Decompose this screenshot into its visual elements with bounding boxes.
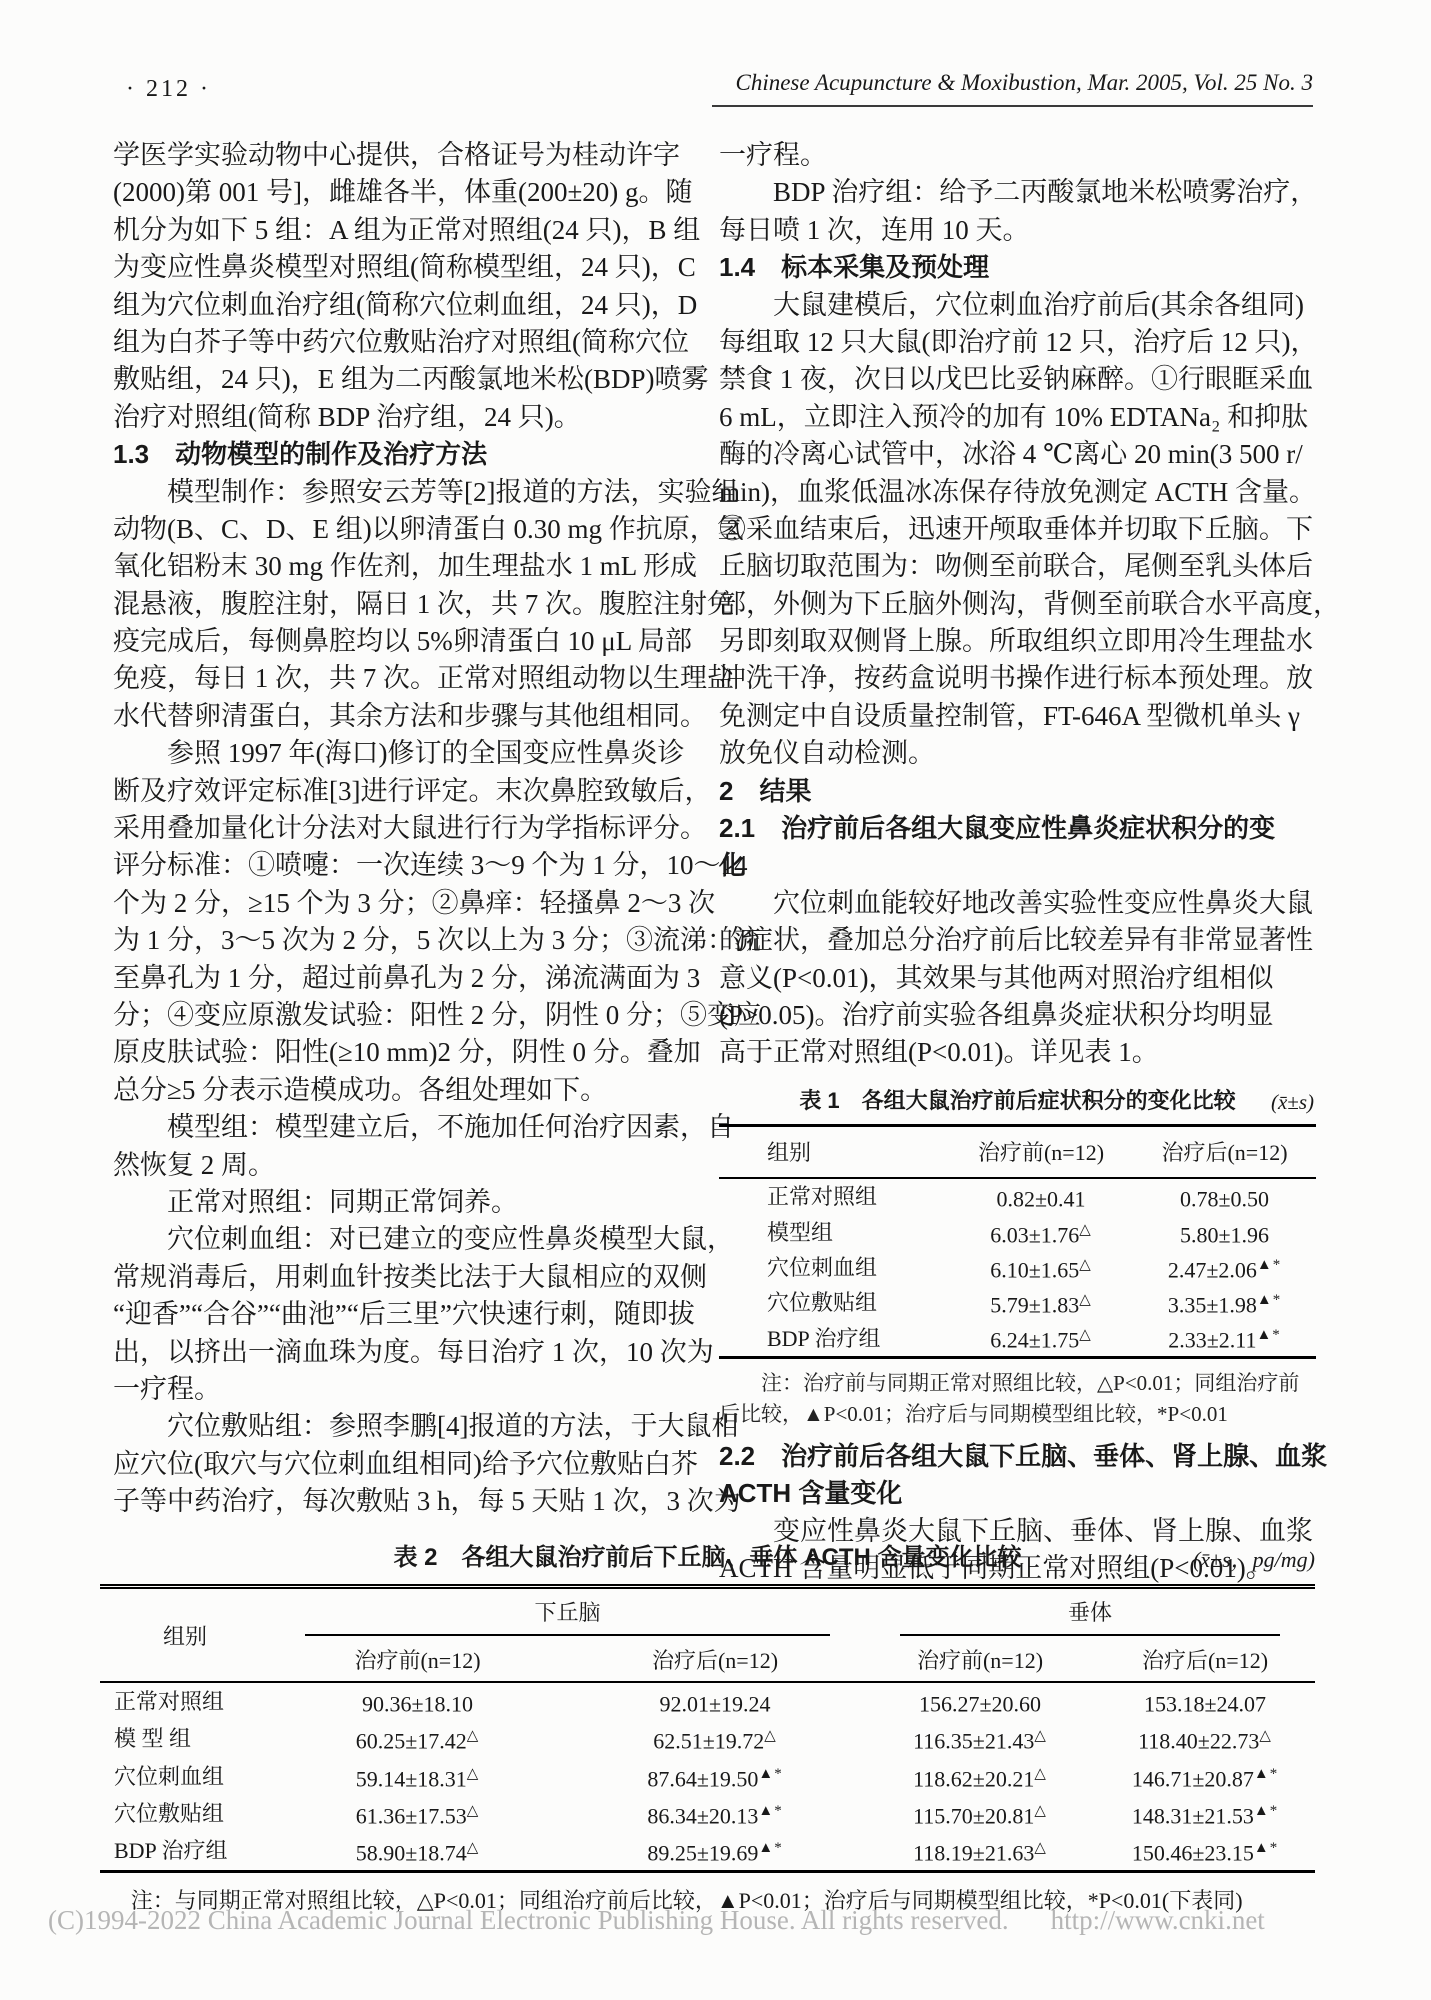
table2-header-group: 组别 <box>100 1587 270 1683</box>
text-line: ACTH 含量变化 <box>719 1475 1316 1512</box>
table1-symptom-scores: 组别 治疗前(n=12) 治疗后(n=12) 正常对照组 0.82±0.41 0… <box>719 1124 1316 1359</box>
right-column: 一疗程。 BDP 治疗组：给予二丙酸氯地米松喷雾治疗， 每日喷 1 次，连用 1… <box>719 137 1316 1587</box>
text-line: 放免仪自动检测。 <box>719 735 1316 772</box>
significance-mark: △ <box>1034 1840 1047 1856</box>
text-line: 免疫，每日 1 次，共 7 次。正常对照组动物以生理盐 <box>113 660 691 697</box>
table1-row: 正常对照组 0.82±0.41 0.78±0.50 <box>719 1178 1316 1214</box>
table2-header-h-pre: 治疗前(n=12) <box>270 1637 565 1682</box>
table1-cell-pre: 6.10±1.65△ <box>949 1250 1133 1285</box>
text-line: 治疗对照组(简称 BDP 治疗组，24 只)。 <box>113 399 691 436</box>
text-line: 1.3 动物模型的制作及治疗方法 <box>113 436 691 473</box>
table2-cell-p-pre: 118.62±20.21△ <box>865 1758 1095 1795</box>
table2-header-p-pre: 治疗前(n=12) <box>865 1637 1095 1682</box>
table2-cell-p-post: 146.71±20.87▲* <box>1095 1758 1315 1795</box>
table2-cell-h-post: 86.34±20.13▲* <box>565 1795 865 1832</box>
text-line: 机分为如下 5 组：A 组为正常对照组(24 只)，B 组 <box>113 212 691 249</box>
table2-cell-group: 穴位敷贴组 <box>100 1795 270 1832</box>
table2-cell-h-pre: 60.25±17.42△ <box>270 1720 565 1757</box>
significance-mark: △ <box>1079 1327 1092 1343</box>
text-line: 另即刻取双侧肾上腺。所取组织立即用冷生理盐水 <box>719 623 1316 660</box>
journal-running-head: Chinese Acupuncture & Moxibustion, Mar. … <box>712 70 1313 107</box>
significance-mark: ▲* <box>1257 1292 1281 1308</box>
text-line: 意义(P<0.01)，其效果与其他两对照治疗组相似 <box>719 960 1316 997</box>
page-number: · 212 · <box>126 76 211 103</box>
significance-mark: △ <box>764 1728 777 1744</box>
significance-mark: △ <box>1079 1292 1092 1308</box>
table1-cell-pre: 6.24±1.75△ <box>949 1320 1133 1357</box>
table2-cell-p-pre: 115.70±20.81△ <box>865 1795 1095 1832</box>
table2-caption: 表 2 各组大鼠治疗前后下丘脑、垂体 ACTH 含量变化比较 <box>393 1544 1021 1571</box>
table2-header-pituitary: 垂体 <box>865 1587 1315 1638</box>
text-line: 穴位刺血能较好地改善实验性变应性鼻炎大鼠 <box>719 885 1316 922</box>
table1-cell-pre: 5.79±1.83△ <box>949 1285 1133 1320</box>
significance-mark: △ <box>1034 1766 1047 1782</box>
significance-mark: ▲* <box>1254 1766 1278 1782</box>
table2-cell-p-post: 148.31±21.53▲* <box>1095 1795 1315 1832</box>
copyright-footer: (C)1994-2022 China Academic Journal Elec… <box>48 1905 1388 1936</box>
table2-header-hypothalamus: 下丘脑 <box>270 1587 865 1638</box>
text-line: 冲洗干净，按药盒说明书操作进行标本预处理。放 <box>719 660 1316 697</box>
text-line: 穴位敷贴组：参照李鹏[4]报道的方法，于大鼠相 <box>113 1408 691 1445</box>
table2-group-header-row: 组别 下丘脑 垂体 <box>100 1587 1315 1638</box>
text-line: ②采血结束后，迅速开颅取垂体并切取下丘脑。下 <box>719 511 1316 548</box>
text-line: 高于正常对照组(P<0.01)。详见表 1。 <box>719 1034 1316 1071</box>
text-line: 出，以挤出一滴血珠为度。每日治疗 1 次，10 次为 <box>113 1334 691 1371</box>
text-line: 化 <box>719 847 1316 884</box>
text-line: 6 mL，立即注入预冷的加有 10% EDTANa₂ 和抑肽 <box>719 399 1316 436</box>
text-line: 模型制作：参照安云芳等[2]报道的方法，实验组 <box>113 474 691 511</box>
text-line: 2.2 治疗前后各组大鼠下丘脑、垂体、肾上腺、血浆 <box>719 1438 1316 1475</box>
text-line: 穴位刺血组：对已建立的变应性鼻炎模型大鼠， <box>113 1221 691 1258</box>
table2-cell-h-post: 87.64±19.50▲* <box>565 1758 865 1795</box>
copyright-text: (C)1994-2022 China Academic Journal Elec… <box>48 1905 1009 1936</box>
text-line: 组为白芥子等中药穴位敷贴治疗对照组(简称穴位 <box>113 324 691 361</box>
text-line: BDP 治疗组：给予二丙酸氯地米松喷雾治疗， <box>719 174 1316 211</box>
table1-row: 模型组 6.03±1.76△ 5.80±1.96 <box>719 1215 1316 1250</box>
table2-cell-p-post: 118.40±22.73△ <box>1095 1720 1315 1757</box>
significance-mark: △ <box>1079 1222 1092 1238</box>
text-line: 部，外侧为下丘脑外侧沟，背侧至前联合水平高度， <box>719 586 1316 623</box>
table1-header-pre: 治疗前(n=12) <box>949 1125 1133 1178</box>
table2-header-h-post: 治疗后(n=12) <box>565 1637 865 1682</box>
table2-cell-h-post: 92.01±19.24 <box>565 1682 865 1720</box>
table2-cell-p-pre: 116.35±21.43△ <box>865 1720 1095 1757</box>
right-column-text-top: 一疗程。 BDP 治疗组：给予二丙酸氯地米松喷雾治疗， 每日喷 1 次，连用 1… <box>719 137 1316 1072</box>
text-line: min)，血浆低温冰冻保存待放免测定 ACTH 含量。 <box>719 474 1316 511</box>
text-line: 为 1 分，3～5 次为 2 分，5 次以上为 3 分；③流涕：流 <box>113 922 691 959</box>
table2-section: 表 2 各组大鼠治疗前后下丘脑、垂体 ACTH 含量变化比较 (x̄±s，pg/… <box>100 1542 1315 1917</box>
text-line: 组为穴位刺血治疗组(简称穴位刺血组，24 只)，D <box>113 287 691 324</box>
table2-row: 穴位刺血组 59.14±18.31△ 87.64±19.50▲* 118.62±… <box>100 1758 1315 1795</box>
text-line: 1.4 标本采集及预处理 <box>719 249 1316 286</box>
table2-row: 模 型 组 60.25±17.42△ 62.51±19.72△ 116.35±2… <box>100 1720 1315 1757</box>
table2-row: BDP 治疗组 58.90±18.74△ 89.25±19.69▲* 118.1… <box>100 1832 1315 1871</box>
text-line: 评分标准：①喷嚏：一次连续 3～9 个为 1 分，10～14 <box>113 847 691 884</box>
significance-mark: △ <box>1259 1728 1272 1744</box>
significance-mark: △ <box>1034 1803 1047 1819</box>
text-line: 免测定中自设质量控制管，FT-646A 型微机单头 γ <box>719 698 1316 735</box>
table2-cell-group: 正常对照组 <box>100 1682 270 1720</box>
text-line: 禁食 1 夜，次日以戊巴比妥钠麻醉。①行眼眶采血 <box>719 361 1316 398</box>
table2-cell-h-pre: 61.36±17.53△ <box>270 1795 565 1832</box>
text-line: 氧化铝粉末 30 mg 作佐剂，加生理盐水 1 mL 形成 <box>113 548 691 585</box>
text-line: 动物(B、C、D、E 组)以卵清蛋白 0.30 mg 作抗原，氢 <box>113 511 691 548</box>
text-line: 正常对照组：同期正常饲养。 <box>113 1184 691 1221</box>
significance-mark: △ <box>467 1728 480 1744</box>
text-line: 每组取 12 只大鼠(即治疗前 12 只，治疗后 12 只)， <box>719 324 1316 361</box>
table2-cell-group: 模 型 组 <box>100 1720 270 1757</box>
table2-cell-p-post: 153.18±24.07 <box>1095 1682 1315 1720</box>
table2-caption-row: 表 2 各组大鼠治疗前后下丘脑、垂体 ACTH 含量变化比较 (x̄±s，pg/… <box>100 1542 1315 1574</box>
text-line: “迎香”“合谷”“曲池”“后三里”穴快速行刺，随即拔 <box>113 1296 691 1333</box>
table1-cell-pre: 0.82±0.41 <box>949 1178 1133 1214</box>
significance-mark: ▲* <box>1256 1327 1280 1343</box>
table2-cell-h-post: 62.51±19.72△ <box>565 1720 865 1757</box>
table1-cell-group: 模型组 <box>719 1215 949 1250</box>
text-line: 采用叠加量化计分法对大鼠进行行为学指标评分。 <box>113 810 691 847</box>
table2-cell-h-pre: 59.14±18.31△ <box>270 1758 565 1795</box>
table2-cell-group: BDP 治疗组 <box>100 1832 270 1871</box>
table2-cell-h-pre: 90.36±18.10 <box>270 1682 565 1720</box>
significance-mark: △ <box>1034 1728 1047 1744</box>
table2-row: 穴位敷贴组 61.36±17.53△ 86.34±20.13▲* 115.70±… <box>100 1795 1315 1832</box>
table1-row: 穴位刺血组 6.10±1.65△ 2.47±2.06▲* <box>719 1250 1316 1285</box>
table1-cell-group: 穴位刺血组 <box>719 1250 949 1285</box>
significance-mark: ▲* <box>758 1766 782 1782</box>
table1-cell-post: 3.35±1.98▲* <box>1133 1285 1316 1320</box>
table1-header-post: 治疗后(n=12) <box>1133 1125 1316 1178</box>
text-line: 常规消毒后，用刺血针按类比法于大鼠相应的双侧 <box>113 1259 691 1296</box>
text-line: 每日喷 1 次，连用 10 天。 <box>719 212 1316 249</box>
significance-mark: ▲* <box>1254 1840 1278 1856</box>
text-line: 的症状，叠加总分治疗前后比较差异有非常显著性 <box>719 922 1316 959</box>
table2-cell-p-pre: 118.19±21.63△ <box>865 1832 1095 1871</box>
significance-mark: ▲* <box>1257 1257 1281 1273</box>
table1-note: 注：治疗前与同期正常对照组比较，△P<0.01；同组治疗前后比较，▲P<0.01… <box>719 1368 1316 1430</box>
text-line: 2.1 治疗前后各组大鼠变应性鼻炎症状积分的变 <box>719 810 1316 847</box>
table2-header-p-post: 治疗后(n=12) <box>1095 1637 1315 1682</box>
significance-mark: △ <box>467 1840 480 1856</box>
significance-mark: △ <box>467 1803 480 1819</box>
text-line: 一疗程。 <box>719 137 1316 174</box>
table1-unit: (x̄±s) <box>1271 1087 1314 1117</box>
table1-caption: 表 1 各组大鼠治疗前后症状积分的变化比较 <box>799 1088 1235 1113</box>
text-line: 应穴位(取穴与穴位刺血组相同)给予穴位敷贴白芥 <box>113 1446 691 1483</box>
text-line: (P>0.05)。治疗前实验各组鼻炎症状积分均明显 <box>719 997 1316 1034</box>
table1-cell-group: 穴位敷贴组 <box>719 1285 949 1320</box>
table1-caption-row: 表 1 各组大鼠治疗前后症状积分的变化比较 (x̄±s) <box>719 1086 1316 1116</box>
text-line: 混悬液，腹腔注射，隔日 1 次，共 7 次。腹腔注射免 <box>113 586 691 623</box>
table1-cell-post: 2.47±2.06▲* <box>1133 1250 1316 1285</box>
text-line: 断及疗效评定标准[3]进行评定。末次鼻腔致敏后， <box>113 773 691 810</box>
text-line: 总分≥5 分表示造模成功。各组处理如下。 <box>113 1072 691 1109</box>
table1-row: BDP 治疗组 6.24±1.75△ 2.33±2.11▲* <box>719 1320 1316 1357</box>
text-line: 酶的冷离心试管中，冰浴 4 ℃离心 20 min(3 500 r/ <box>719 436 1316 473</box>
text-line: 为变应性鼻炎模型对照组(简称模型组，24 只)，C <box>113 249 691 286</box>
table2-cell-group: 穴位刺血组 <box>100 1758 270 1795</box>
table2-cell-h-pre: 58.90±18.74△ <box>270 1832 565 1871</box>
text-line: 一疗程。 <box>113 1371 691 1408</box>
table1-cell-post: 2.33±2.11▲* <box>1133 1320 1316 1357</box>
table2-unit: (x̄±s，pg/mg) <box>1193 1544 1315 1576</box>
significance-mark: ▲* <box>1254 1803 1278 1819</box>
text-line: 丘脑切取范围为：吻侧至前联合，尾侧至乳头体后 <box>719 548 1316 585</box>
text-line: (2000)第 001 号]，雌雄各半，体重(200±20) g。随 <box>113 174 691 211</box>
table1-cell-group: BDP 治疗组 <box>719 1320 949 1357</box>
journal-page-scan: · 212 · Chinese Acupuncture & Moxibustio… <box>0 0 1431 2000</box>
table1-row: 穴位敷贴组 5.79±1.83△ 3.35±1.98▲* <box>719 1285 1316 1320</box>
table2-cell-h-post: 89.25±19.69▲* <box>565 1832 865 1871</box>
table1-cell-pre: 6.03±1.76△ <box>949 1215 1133 1250</box>
significance-mark: ▲* <box>758 1840 782 1856</box>
table2-cell-p-pre: 156.27±20.60 <box>865 1682 1095 1720</box>
left-column: 学医学实验动物中心提供，合格证号为桂动许字 (2000)第 001 号]，雌雄各… <box>113 137 691 1520</box>
significance-mark: ▲* <box>758 1803 782 1819</box>
table1-cell-post: 5.80±1.96 <box>1133 1215 1316 1250</box>
text-line: 原皮肤试验：阳性(≥10 mm)2 分，阴性 0 分。叠加 <box>113 1034 691 1071</box>
text-line: 模型组：模型建立后，不施加任何治疗因素，自 <box>113 1109 691 1146</box>
text-line: 2 结果 <box>719 773 1316 810</box>
text-line: 分；④变应原激发试验：阳性 2 分，阴性 0 分；⑤变应 <box>113 997 691 1034</box>
text-line: 大鼠建模后，穴位刺血治疗前后(其余各组同) <box>719 287 1316 324</box>
text-line: 至鼻孔为 1 分，超过前鼻孔为 2 分，涕流满面为 3 <box>113 960 691 997</box>
table1-header-row: 组别 治疗前(n=12) 治疗后(n=12) <box>719 1125 1316 1178</box>
table1-cell-post: 0.78±0.50 <box>1133 1178 1316 1214</box>
text-line: 学医学实验动物中心提供，合格证号为桂动许字 <box>113 137 691 174</box>
table2-sub-header-row: 治疗前(n=12) 治疗后(n=12) 治疗前(n=12) 治疗后(n=12) <box>100 1637 1315 1682</box>
significance-mark: △ <box>1079 1257 1092 1273</box>
table1-header-group: 组别 <box>719 1125 949 1178</box>
table2-cell-p-post: 150.46±23.15▲* <box>1095 1832 1315 1871</box>
significance-mark: △ <box>467 1766 480 1782</box>
table1-cell-group: 正常对照组 <box>719 1178 949 1214</box>
text-line: 然恢复 2 周。 <box>113 1147 691 1184</box>
text-line: 个为 2 分，≥15 个为 3 分；②鼻痒：轻搔鼻 2～3 次 <box>113 885 691 922</box>
table2-acth-content: 组别 下丘脑 垂体 治疗前(n=12) 治疗后(n=12) 治疗前(n=12) … <box>100 1584 1315 1873</box>
text-line: 子等中药治疗，每次敷贴 3 h，每 5 天贴 1 次，3 次为 <box>113 1483 691 1520</box>
text-line: 敷贴组，24 只)，E 组为二丙酸氯地米松(BDP)喷雾 <box>113 361 691 398</box>
text-line: 水代替卵清蛋白，其余方法和步骤与其他组相同。 <box>113 698 691 735</box>
text-line: 疫完成后，每侧鼻腔均以 5%卵清蛋白 10 μL 局部 <box>113 623 691 660</box>
text-line: 参照 1997 年(海口)修订的全国变应性鼻炎诊 <box>113 735 691 772</box>
cnki-url: http://www.cnki.net <box>1051 1905 1265 1936</box>
table2-row: 正常对照组 90.36±18.10 92.01±19.24 156.27±20.… <box>100 1682 1315 1720</box>
